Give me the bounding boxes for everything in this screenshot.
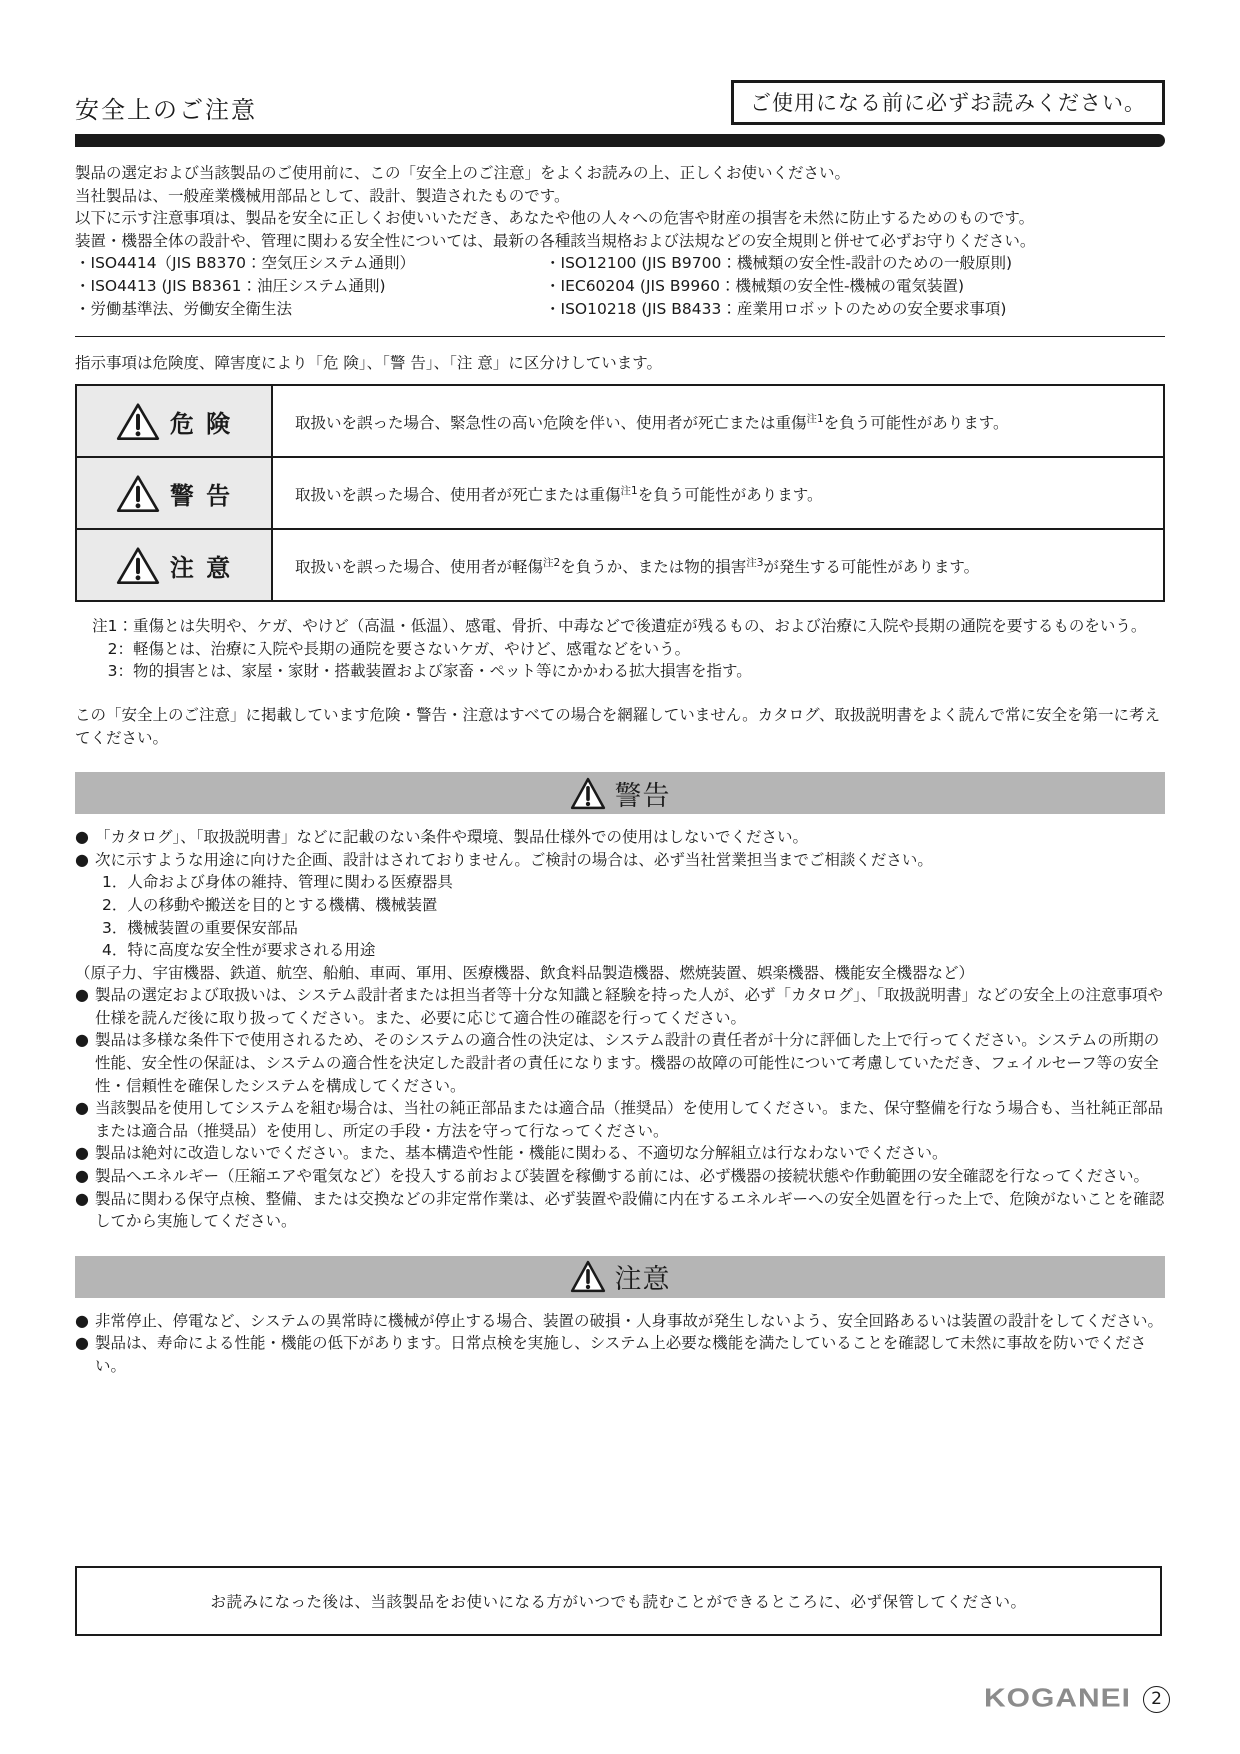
storage-notice-box: お読みになった後は、当該製品をお使いになる方がいつでも読むことができるところに、… [75, 1566, 1162, 1636]
page-title: 安全上のご注意 [75, 90, 257, 125]
bullet-icon: ● [75, 1310, 95, 1333]
standards-list: ・ISO4414（JIS B8370：空気圧システム通則） ・ISO4413 (… [75, 252, 1165, 320]
standard-item: ・ISO12100 (JIS B9700：機械類の安全性-設計のための一般原則) [545, 252, 1165, 275]
standard-item: ・ISO4414（JIS B8370：空気圧システム通則） [75, 252, 545, 275]
bullet-icon: ● [75, 826, 95, 849]
standards-column-left: ・ISO4414（JIS B8370：空気圧システム通則） ・ISO4413 (… [75, 252, 545, 320]
warning-item: ● 製品の選定および取扱いは、システム設計者または担当者等十分な知識と経験を持っ… [75, 984, 1165, 1029]
standard-item: ・労働基準法、労働安全衛生法 [75, 298, 545, 321]
note-reference: 注2 [543, 557, 560, 569]
coverage-disclaimer: この「安全上のご注意」に掲載しています危険・警告・注意はすべての場合を網羅してい… [75, 704, 1165, 749]
standards-column-right: ・ISO12100 (JIS B9700：機械類の安全性-設計のための一般原則)… [545, 252, 1165, 320]
page-number-badge: 2 [1143, 1686, 1170, 1713]
warning-item: ● 製品へエネルギー（圧縮エアや電気など）を投入する前および装置を稼働する前には… [75, 1165, 1165, 1188]
intro-line: 以下に示す注意事項は、製品を安全に正しくお使いいただき、あなたや他の人々への危害… [75, 207, 1165, 230]
hazard-classification-table: 危 険 取扱いを誤った場合、緊急性の高い危険を伴い、使用者が死亡または重傷注1を… [75, 384, 1165, 602]
classification-intro: 指示事項は危険度、障害度により「危 険」、「警 告」、「注 意」に区分けしていま… [75, 351, 1165, 373]
caution-banner-label: 注意 [615, 1257, 671, 1296]
caution-list: ● 非常停止、停電など、システムの異常時に機械が停止する場合、装置の破損・人身事… [75, 1310, 1165, 1378]
standard-item: ・ISO10218 (JIS B8433：産業用ロボットのための安全要求事項) [545, 298, 1165, 321]
bullet-icon: ● [75, 1165, 95, 1188]
note-reference: 注3 [746, 557, 763, 569]
warning-triangle-icon [570, 1260, 606, 1293]
prohibited-use-item: 4．特に高度な安全性が要求される用途 [102, 939, 1165, 962]
warning-banner-label: 警告 [615, 774, 671, 813]
warning-triangle-icon [116, 474, 160, 513]
warning-banner: 警告 [75, 772, 1165, 814]
caution-banner: 注意 [75, 1256, 1165, 1298]
footnote-item: 3： 物的損害とは、家屋・家財・搭載装置および家畜・ペット等にかかわる拡大損害を… [75, 660, 1165, 683]
bullet-icon: ● [75, 1142, 95, 1165]
intro-line: 当社製品は、一般産業機械用部品として、設計、製造されたものです。 [75, 185, 1165, 208]
table-row-caution: 注 意 取扱いを誤った場合、使用者が軽傷注2を負うか、または物的損害注3が発生す… [76, 529, 1164, 601]
warning-item: ● 製品は多様な条件下で使用されるため、そのシステムの適合性の決定は、システム設… [75, 1029, 1165, 1097]
hazard-description: 取扱いを誤った場合、使用者が死亡または重傷注1を負う可能性があります。 [272, 457, 1164, 529]
hazard-description: 取扱いを誤った場合、使用者が軽傷注2を負うか、または物的損害注3が発生する可能性… [272, 529, 1164, 601]
standard-item: ・ISO4413 (JIS B8361：油圧システム通則) [75, 275, 545, 298]
warning-item: ● 次に示すような用途に向けた企画、設計はされておりません。ご検討の場合は、必ず… [75, 849, 1165, 872]
note-reference: 注1 [621, 485, 638, 497]
bullet-icon: ● [75, 1097, 95, 1142]
warning-item: ● 「カタログ」、「取扱説明書」などに記載のない条件や環境、製品仕様外での使用は… [75, 826, 1165, 849]
hazard-level-label: 注 意 [170, 548, 232, 583]
standard-item: ・IEC60204 (JIS B9960：機械類の安全性-機械の電気装置) [545, 275, 1165, 298]
section-divider [75, 336, 1165, 337]
footnote-item: 2： 軽傷とは、治療に入院や長期の通院を要さないケガ、やけど、感電などをいう。 [75, 638, 1165, 661]
footnote-item: 注1： 重傷とは失明や、ケガ、やけど（高温・低温）、感電、骨折、中毒などで後遺症… [75, 615, 1165, 638]
hazard-description: 取扱いを誤った場合、緊急性の高い危険を伴い、使用者が死亡または重傷注1を負う可能… [272, 385, 1164, 457]
koganei-logo: KOGANEI [984, 1685, 1131, 1714]
header: 安全上のご注意 ご使用になる前に必ずお読みください。 [75, 80, 1165, 125]
title-divider-bar [75, 134, 1165, 147]
caution-item: ● 非常停止、停電など、システムの異常時に機械が停止する場合、装置の破損・人身事… [75, 1310, 1165, 1333]
bullet-icon: ● [75, 1332, 95, 1377]
footnotes: 注1： 重傷とは失明や、ケガ、やけど（高温・低温）、感電、骨折、中毒などで後遺症… [75, 615, 1165, 683]
intro-line: 装置・機器全体の設計や、管理に関わる安全性については、最新の各種該当規格および法… [75, 230, 1165, 253]
intro-paragraphs: 製品の選定および当該製品のご使用前に、この「安全上のご注意」をよくお読みの上、正… [75, 162, 1165, 252]
note-reference: 注1 [807, 413, 824, 425]
warning-list: ● 「カタログ」、「取扱説明書」などに記載のない条件や環境、製品仕様外での使用は… [75, 826, 1165, 1233]
hazard-level-label: 警 告 [170, 476, 232, 511]
footer: KOGANEI 2 [984, 1682, 1170, 1716]
caution-item: ● 製品は、寿命による性能・機能の低下があります。日常点検を実施し、システム上必… [75, 1332, 1165, 1377]
prohibited-use-item: 1．人命および身体の維持、管理に関わる医療器具 [102, 871, 1165, 894]
bullet-icon: ● [75, 849, 95, 872]
storage-notice-text: お読みになった後は、当該製品をお使いになる方がいつでも読むことができるところに、… [210, 1590, 1026, 1612]
prohibited-use-item: 3．機械装置の重要保安部品 [102, 917, 1165, 940]
warning-item: ● 当該製品を使用してシステムを組む場合は、当社の純正部品または適合品（推奨品）… [75, 1097, 1165, 1142]
warning-item: ● 製品に関わる保守点検、整備、または交換などの非定常作業は、必ず装置や設備に内… [75, 1188, 1165, 1233]
table-row-danger: 危 険 取扱いを誤った場合、緊急性の高い危険を伴い、使用者が死亡または重傷注1を… [76, 385, 1164, 457]
hazard-level-label: 危 険 [170, 404, 232, 439]
warning-item: ● 製品は絶対に改造しないでください。また、基本構造や性能・機能に関わる、不適切… [75, 1142, 1165, 1165]
read-first-notice: ご使用になる前に必ずお読みください。 [731, 80, 1165, 125]
intro-line: 製品の選定および当該製品のご使用前に、この「安全上のご注意」をよくお読みの上、正… [75, 162, 1165, 185]
bullet-icon: ● [75, 1188, 95, 1233]
examples-line: （原子力、宇宙機器、鉄道、航空、船舶、車両、軍用、医療機器、飲食料品製造機器、燃… [75, 962, 1165, 985]
warning-triangle-icon [116, 402, 160, 441]
warning-triangle-icon [116, 546, 160, 585]
safety-precautions-page: 安全上のご注意 ご使用になる前に必ずお読みください。 製品の選定および当該製品の… [0, 0, 1240, 1754]
table-row-warning: 警 告 取扱いを誤った場合、使用者が死亡または重傷注1を負う可能性があります。 [76, 457, 1164, 529]
bullet-icon: ● [75, 984, 95, 1029]
prohibited-use-item: 2．人の移動や搬送を目的とする機構、機械装置 [102, 894, 1165, 917]
warning-triangle-icon [570, 777, 606, 810]
bullet-icon: ● [75, 1029, 95, 1097]
